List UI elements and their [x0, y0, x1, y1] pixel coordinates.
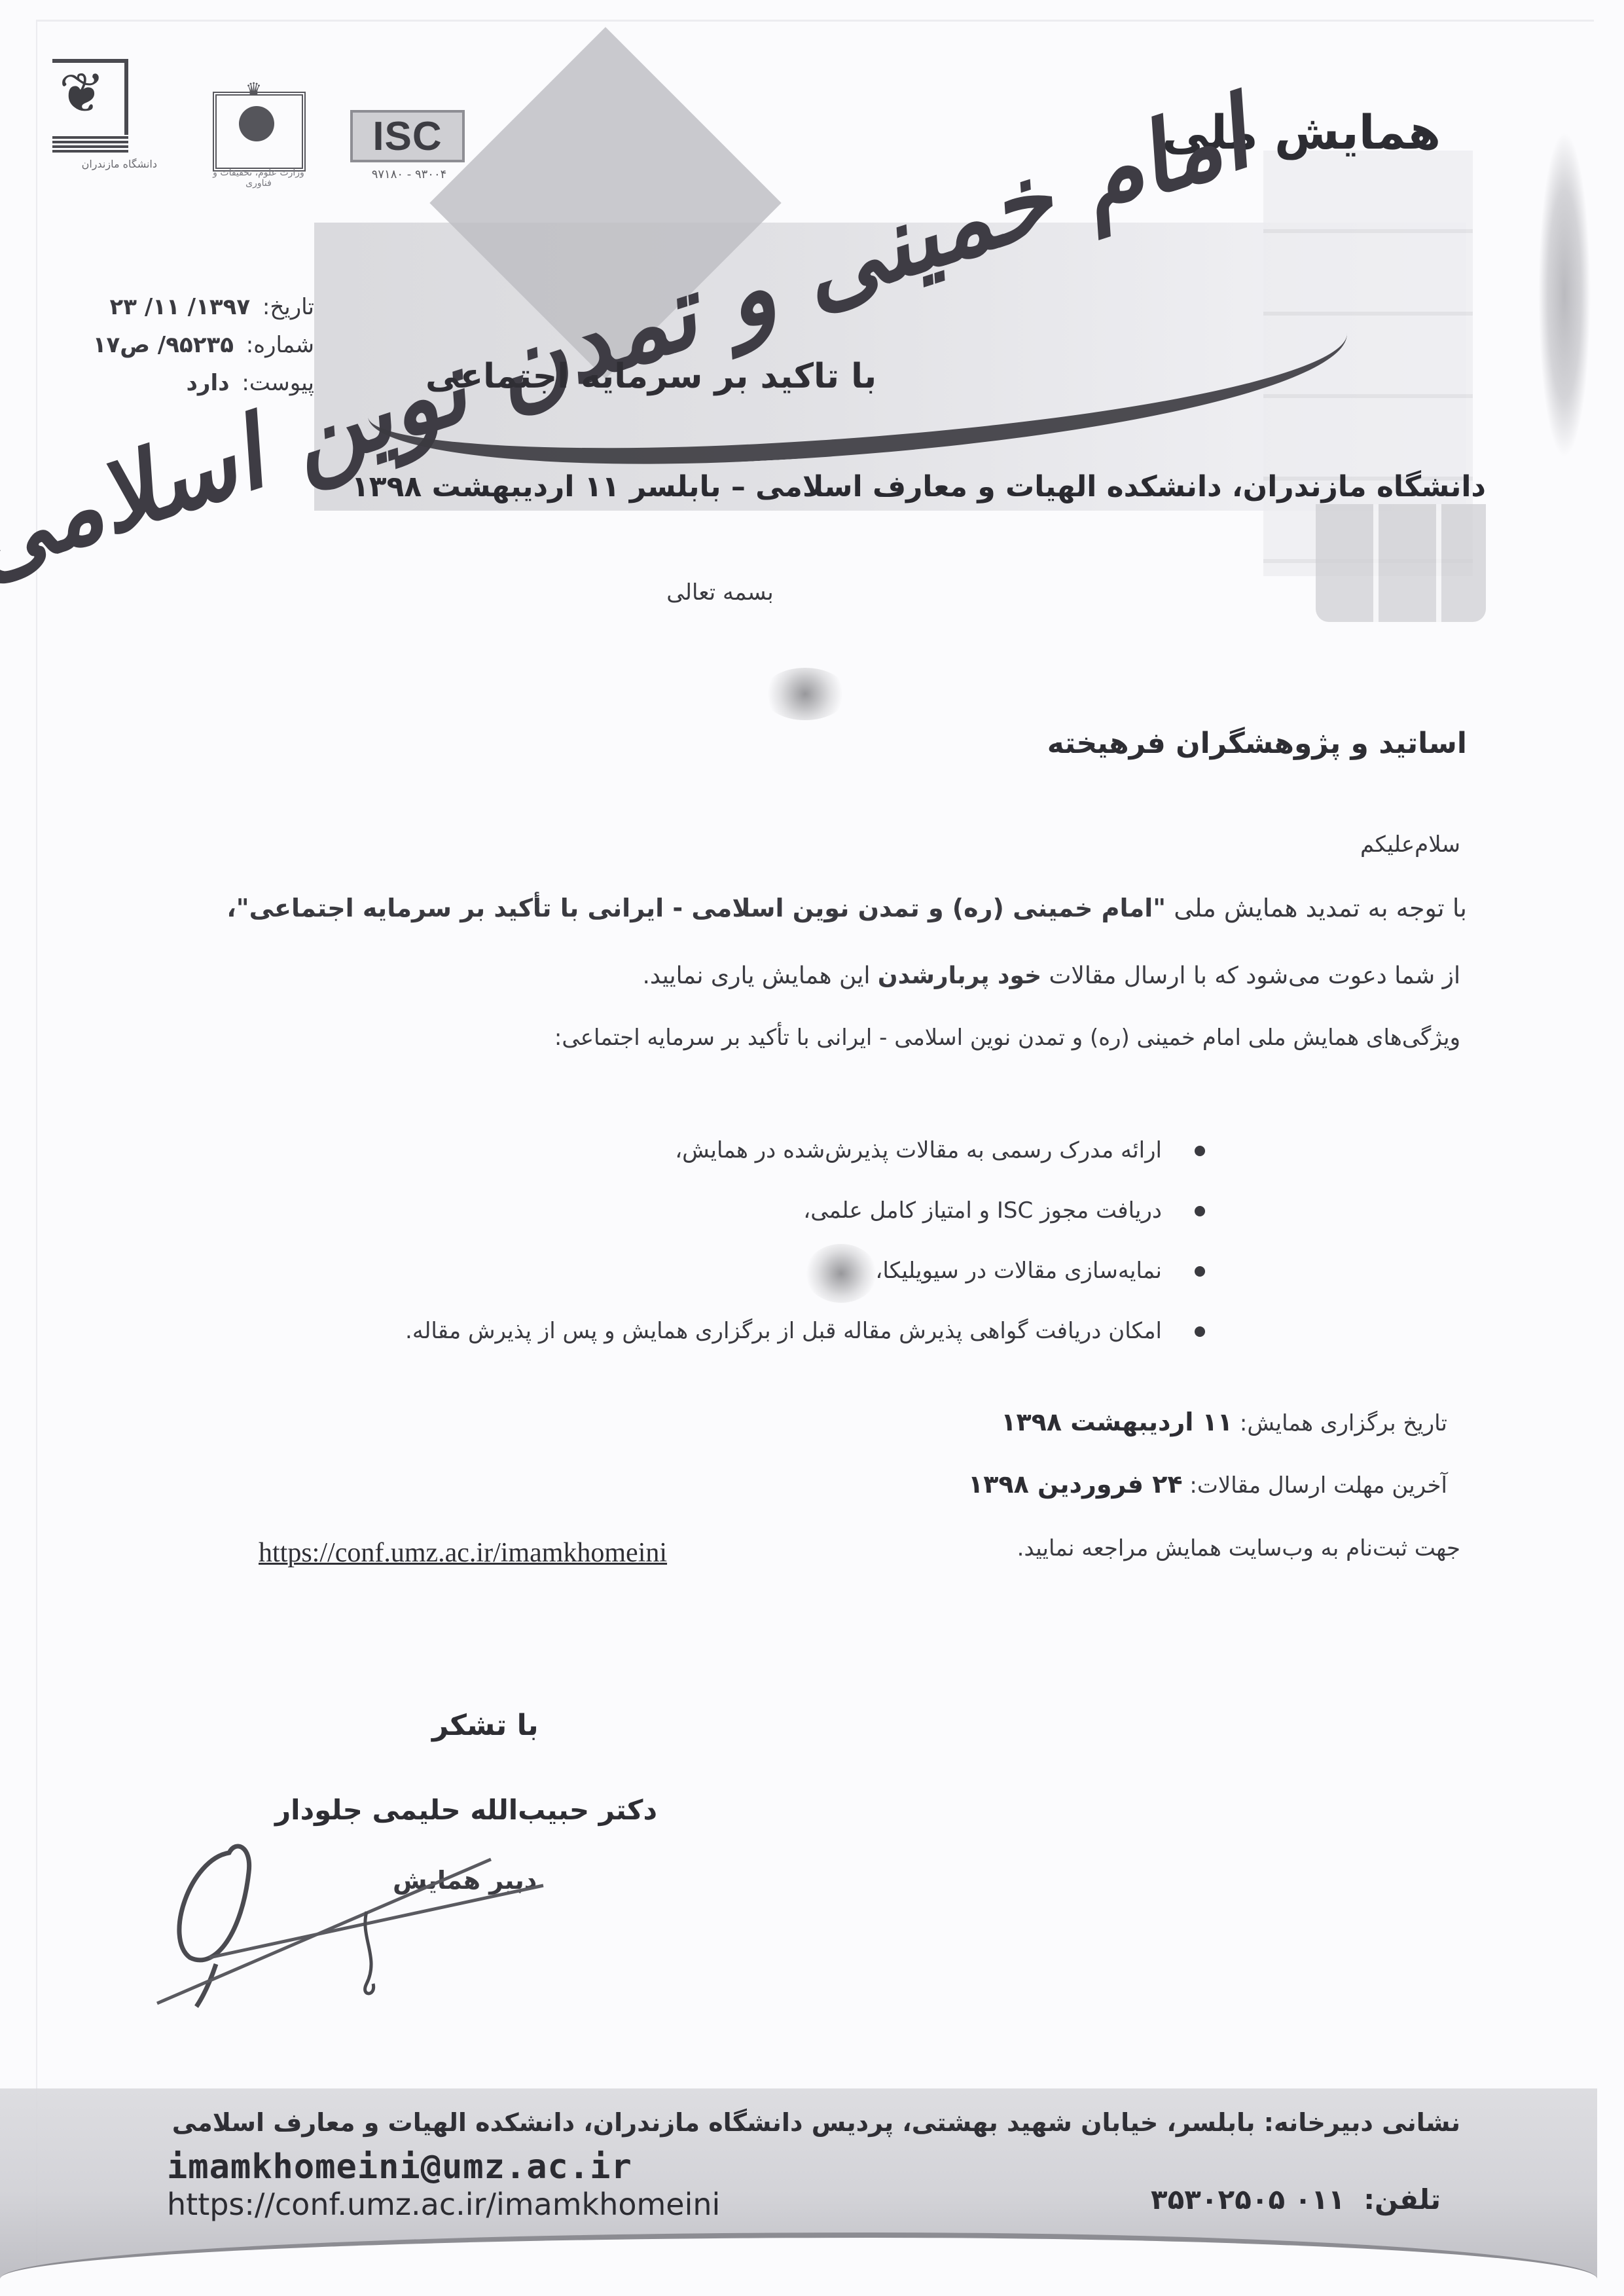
- attachment-row: پیوست: دارد: [39, 364, 314, 402]
- number-label: شماره:: [246, 332, 314, 358]
- date-value: ۱۳۹۷/ ۱۱/ ۲۳: [110, 294, 251, 320]
- letter-meta: تاریخ: ۱۳۹۷/ ۱۱/ ۲۳ شماره: ۹۵۲۳۵/ ص۱۷ پی…: [39, 288, 314, 402]
- list-item: ارائه مدرک رسمی به مقالات پذیرش‌شده در ه…: [405, 1139, 1205, 1199]
- paragraph-2: از شما دعوت می‌شود که با ارسال مقالات خو…: [642, 962, 1460, 989]
- event-date-value: ۱۱ اردیبهشت ۱۳۹۸: [1001, 1408, 1233, 1436]
- feature-text: امکان دریافت گواهی پذیرش مقاله قبل از بر…: [405, 1318, 1162, 1344]
- tree-icon: ❦: [59, 65, 105, 120]
- deadline-label: آخرین مهلت ارسال مقالات:: [1183, 1472, 1447, 1499]
- page-edge: [36, 20, 1594, 22]
- paragraph-1: با توجه به تمدید همایش ملی "امام خمینی (…: [226, 894, 1467, 922]
- features-intro: ویژگی‌های همایش ملی امام خمینی (ره) و تم…: [554, 1025, 1460, 1051]
- ink-smudge: [805, 1244, 877, 1303]
- event-date-label: تاریخ برگزاری همایش:: [1233, 1410, 1447, 1436]
- submission-deadline: آخرین مهلت ارسال مقالات: ۲۴ فروردین ۱۳۹۸: [968, 1470, 1447, 1499]
- logo-stripes: [52, 136, 128, 155]
- attachment-value: دارد: [186, 370, 229, 396]
- handwritten-signature: [151, 1833, 609, 2010]
- closing: با تشکر: [432, 1709, 539, 1742]
- greeting: سلام‌علیکم: [1360, 831, 1460, 858]
- banner-subtitle: با تاکید بر سرمایه اجتماعی: [425, 357, 876, 396]
- features-list: ارائه مدرک رسمی به مقالات پذیرش‌شده در ه…: [405, 1139, 1205, 1380]
- paragraph-2-prefix: از شما دعوت می‌شود که با ارسال مقالات: [1041, 962, 1460, 989]
- feature-text: نمایه‌سازی مقالات در سیویلیکا،: [875, 1258, 1162, 1284]
- registration-link[interactable]: https://conf.umz.ac.ir/imamkhomeini: [259, 1537, 667, 1569]
- phone-value: ۰۱۱ ۳۵۳۰۲۵۰۵: [1151, 2183, 1345, 2215]
- date-label: تاریخ:: [262, 294, 314, 320]
- contact-phone: تلفن: ۰۱۱ ۳۵۳۰۲۵۰۵: [1151, 2183, 1441, 2215]
- ministry-logo: ♛ وزارت علوم، تحقیقات و فناوری: [206, 79, 311, 177]
- isc-logo: ISC ۹۷۱۸۰ - ۹۳۰۰۴: [350, 110, 468, 175]
- signer-name: دکتر حبیب‌الله حلیمی جلودار: [275, 1794, 657, 1826]
- banner-tree-image: [1538, 131, 1591, 458]
- bullet-icon: [1195, 1326, 1205, 1337]
- page-edge: [36, 20, 37, 2272]
- paragraph-2-suffix: این همایش یاری نمایید.: [642, 962, 877, 989]
- date-row: تاریخ: ۱۳۹۷/ ۱۱/ ۲۳: [39, 288, 314, 326]
- bullet-icon: [1195, 1206, 1205, 1216]
- logo-caption: دانشگاه مازندران: [52, 157, 157, 172]
- isc-badge: ISC: [350, 110, 465, 162]
- bullet-icon: [1195, 1266, 1205, 1277]
- logo-caption: وزارت علوم، تحقیقات و فناوری: [206, 168, 311, 189]
- number-row: شماره: ۹۵۲۳۵/ ص۱۷: [39, 326, 314, 364]
- attachment-label: پیوست:: [242, 370, 314, 396]
- registration-instruction: جهت ثبت‌نام به وب‌سایت همایش مراجعه نمای…: [1017, 1535, 1460, 1561]
- isc-code: ۹۷۱۸۰ - ۹۳۰۰۴: [350, 168, 468, 181]
- banner-venue-line: دانشگاه مازندران، دانشکده الهیات و معارف…: [314, 470, 1486, 503]
- emblem-icon: [239, 106, 274, 141]
- conference-website[interactable]: https://conf.umz.ac.ir/imamkhomeini: [167, 2187, 720, 2222]
- bullet-icon: [1195, 1146, 1205, 1156]
- event-date: تاریخ برگزاری همایش: ۱۱ اردیبهشت ۱۳۹۸: [1001, 1408, 1447, 1436]
- university-logo: ❦ دانشگاه مازندران: [52, 59, 137, 177]
- phone-label: تلفن:: [1363, 2183, 1441, 2215]
- deadline-value: ۲۴ فروردین ۱۳۹۸: [968, 1470, 1183, 1499]
- paragraph-2-bold: خود پربارشدن: [878, 962, 1041, 989]
- paragraph-1-title: "امام خمینی (ره) و تمدن نوین اسلامی - ای…: [226, 894, 1166, 922]
- secretariat-address: نشانی دبیرخانه: بابلسر، خیابان شهید بهشت…: [172, 2108, 1460, 2137]
- paragraph-1-prefix: با توجه به تمدید همایش ملی: [1166, 894, 1467, 922]
- number-value: ۹۵۲۳۵/ ص۱۷: [93, 332, 234, 358]
- addressee-heading: اساتید و پژوهشگران فرهیخته: [1047, 727, 1467, 760]
- letter-page: همایش ملی امام خمینی و تمدن نوین اسلامی …: [0, 0, 1624, 2296]
- ink-smudge: [763, 668, 848, 720]
- feature-text: دریافت مجوز ISC و امتیاز کامل علمی،: [803, 1197, 1162, 1224]
- list-item: امکان دریافت گواهی پذیرش مقاله قبل از بر…: [405, 1320, 1205, 1380]
- contact-email[interactable]: imamkhomeini@umz.ac.ir: [167, 2147, 632, 2187]
- basmala: بسمه تعالی: [655, 579, 785, 606]
- feature-text: ارائه مدرک رسمی به مقالات پذیرش‌شده در ه…: [675, 1137, 1162, 1163]
- banner-pillars-image: [1316, 504, 1486, 622]
- list-item: دریافت مجوز ISC و امتیاز کامل علمی،: [405, 1199, 1205, 1260]
